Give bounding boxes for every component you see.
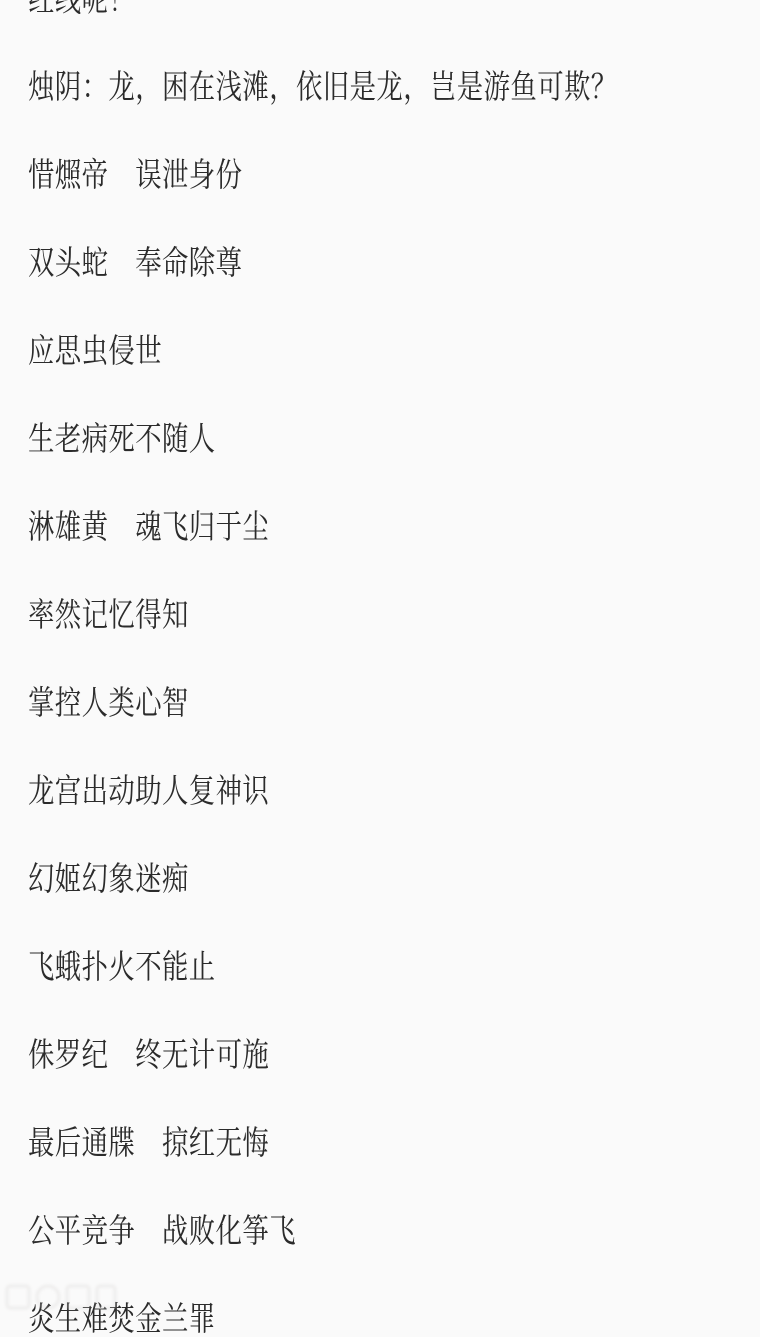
text-line: 幻姬幻象迷痴 bbox=[28, 862, 189, 895]
text-page: 红线呢！ 烛阴：龙，困在浅滩，依旧是龙，岂是游鱼可欺？ 惜燳帝 误泄身份 双头蛇… bbox=[0, 0, 760, 1337]
text-line: 烛阴：龙，困在浅滩，依旧是龙，岂是游鱼可欺？ bbox=[28, 70, 618, 103]
text-line: 最后通牒 掠红无悔 bbox=[28, 1126, 269, 1159]
text-line: 率然记忆得知 bbox=[28, 598, 189, 631]
watermark-glyph bbox=[66, 1285, 90, 1309]
watermark-glyph bbox=[96, 1285, 116, 1309]
watermark-glyph bbox=[6, 1285, 30, 1309]
text-line: 生老病死不随人 bbox=[28, 422, 216, 455]
watermark bbox=[6, 1283, 121, 1313]
text-line: 红线呢！ bbox=[28, 0, 135, 16]
text-line: 飞蛾扑火不能止 bbox=[28, 950, 216, 983]
text-line: 应思虫侵世 bbox=[28, 334, 162, 367]
text-line: 公平竞争 战败化筝飞 bbox=[28, 1214, 296, 1247]
text-line: 双头蛇 奉命除尊 bbox=[28, 246, 242, 279]
text-line: 掌控人类心智 bbox=[28, 686, 189, 719]
text-line: 龙宫出动助人复神识 bbox=[28, 774, 269, 807]
text-line: 淋雄黄 魂飞归于尘 bbox=[28, 510, 269, 543]
text-line: 惜燳帝 误泄身份 bbox=[28, 158, 242, 191]
text-line: 侏罗纪 终无计可施 bbox=[28, 1038, 269, 1071]
watermark-glyph bbox=[36, 1285, 60, 1309]
